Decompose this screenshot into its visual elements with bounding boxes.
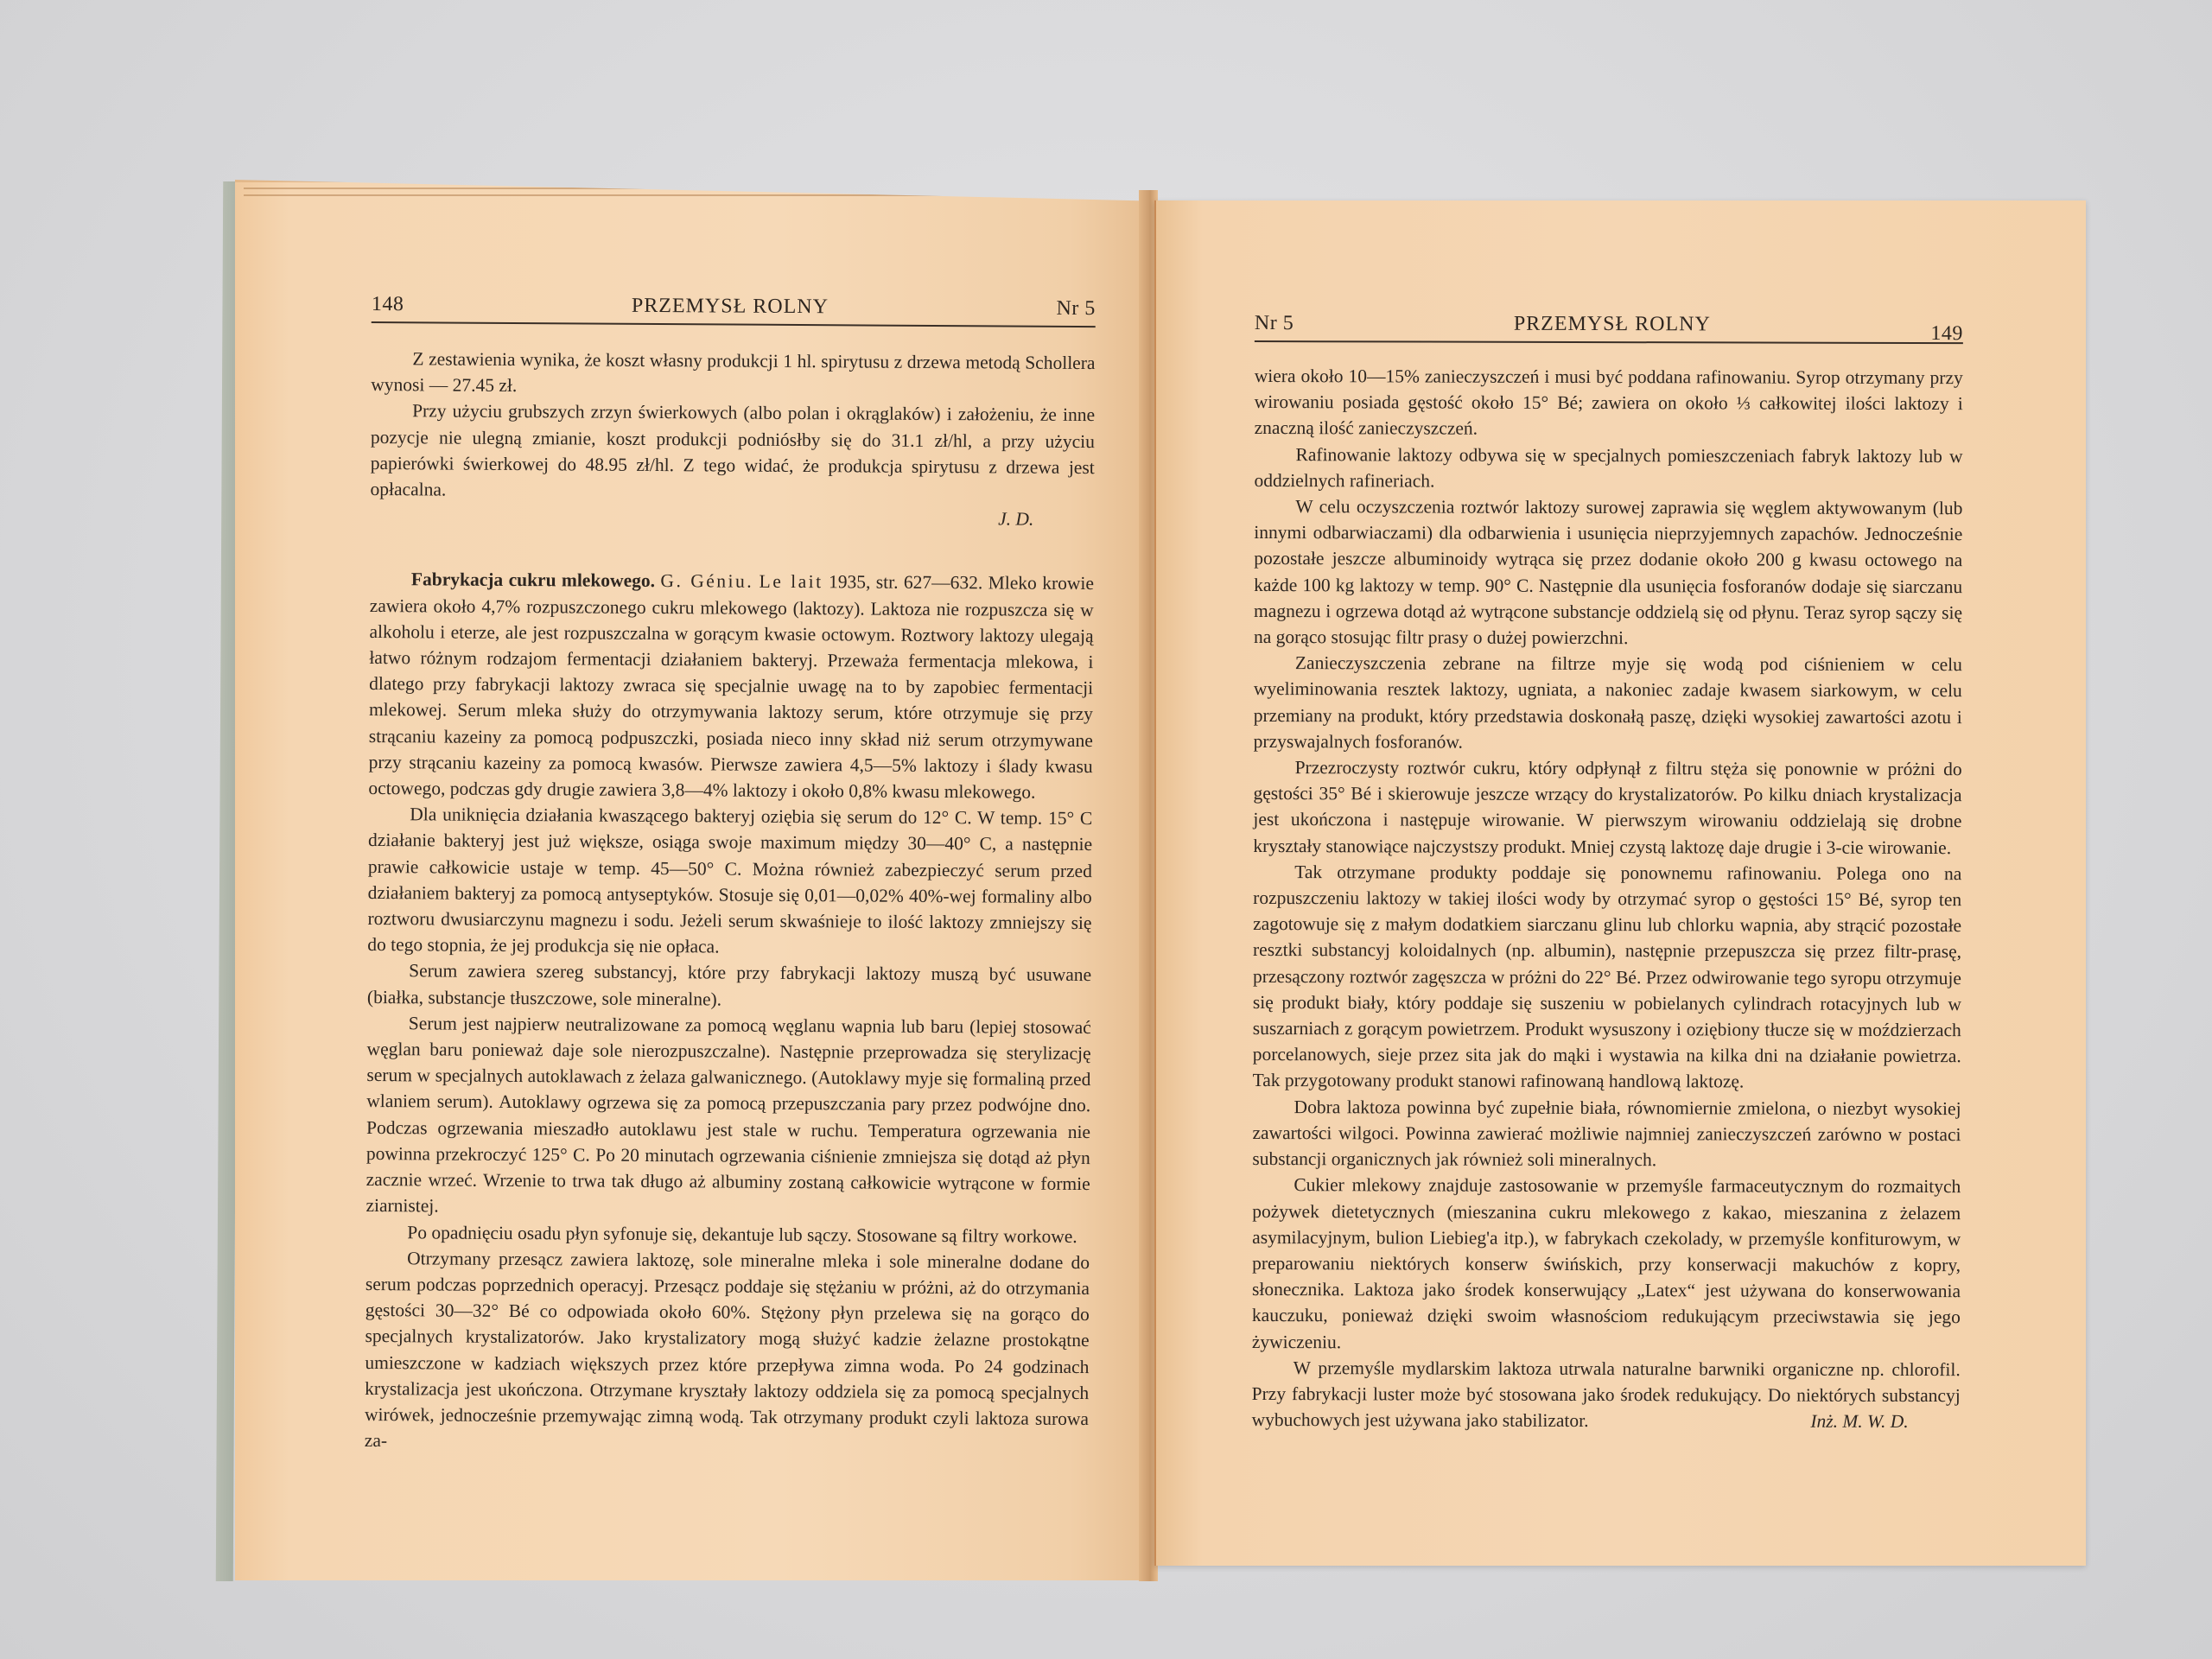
paragraph: Po opadnięciu osadu płyn syfonuje się, d…: [365, 1218, 1090, 1249]
paragraph: Zanieczyszczenia zebrane na filtrze myje…: [1254, 650, 1962, 756]
left-page-number: 148: [372, 293, 404, 316]
paragraph: Rafinowanie laktozy odbywa się w specjal…: [1254, 442, 1962, 496]
right-page-number: 149: [1930, 322, 1963, 346]
paragraph: Dobra laktoza powinna być zupełnie biała…: [1252, 1094, 1961, 1174]
left-issue-number: Nr 5: [1056, 297, 1095, 321]
paragraph: Przy użyciu grubszych zrzyn świerkowych …: [370, 397, 1095, 506]
paragraph: Cukier mlekowy znajduje zastosowanie w p…: [1252, 1172, 1961, 1357]
right-body: wiera około 10—15% zanieczyszczeń i musi…: [1252, 363, 1963, 1434]
article-lead: Fabrykacja cukru mlekowego. G. Géniu. Le…: [368, 566, 1094, 805]
paragraph: Tak otrzymane produkty poddaje się ponow…: [1253, 859, 1962, 1096]
right-journal-title: PRZEMYSŁ ROLNY: [1514, 313, 1711, 337]
left-journal-title: PRZEMYSŁ ROLNY: [632, 295, 829, 319]
signature: Inż. M. W. D.: [1769, 1408, 1960, 1435]
right-page-text: Nr 5 PRZEMYSŁ ROLNY 149 wiera około 10—1…: [1252, 304, 1963, 1434]
left-running-head: 148 PRZEMYSŁ ROLNY Nr 5: [372, 285, 1096, 327]
left-page-text: 148 PRZEMYSŁ ROLNY Nr 5 Z zestawienia wy…: [365, 285, 1096, 1458]
paragraph: Przezroczysty roztwór cukru, który odpły…: [1253, 754, 1961, 861]
continuation-paragraph: wiera około 10—15% zanieczyszczeń i musi…: [1255, 363, 1963, 443]
paragraph: Dla uniknięcia działania kwaszącego bakt…: [367, 801, 1092, 962]
paragraph: Z zestawienia wynika, że koszt własny pr…: [371, 346, 1095, 403]
paragraph: Serum zawiera szereg substancyj, które p…: [367, 957, 1091, 1014]
paragraph: Otrzymany przesącz zawiera laktozę, sole…: [365, 1245, 1090, 1459]
article-source: Le lait: [760, 571, 823, 592]
article-citation: 1935, str. 627—632.: [829, 572, 982, 594]
paragraph: Serum jest najpierw neutralizowane za po…: [365, 1010, 1090, 1224]
right-running-head: Nr 5 PRZEMYSŁ ROLNY 149: [1255, 304, 1963, 344]
right-issue-number: Nr 5: [1255, 312, 1294, 335]
paragraph: W celu oczyszczenia roztwór laktozy suro…: [1254, 493, 1962, 652]
article-title: Fabrykacja cukru mlekowego.: [411, 569, 655, 592]
article-lead-text: Mleko krowie zawiera około 4,7% rozpuszc…: [368, 573, 1094, 803]
paragraph: W przemyśle mydlarskim laktoza utrwala n…: [1252, 1355, 1961, 1435]
left-body: Z zestawienia wynika, że koszt własny pr…: [365, 346, 1096, 1458]
article-author: G. Géniu.: [660, 570, 753, 592]
